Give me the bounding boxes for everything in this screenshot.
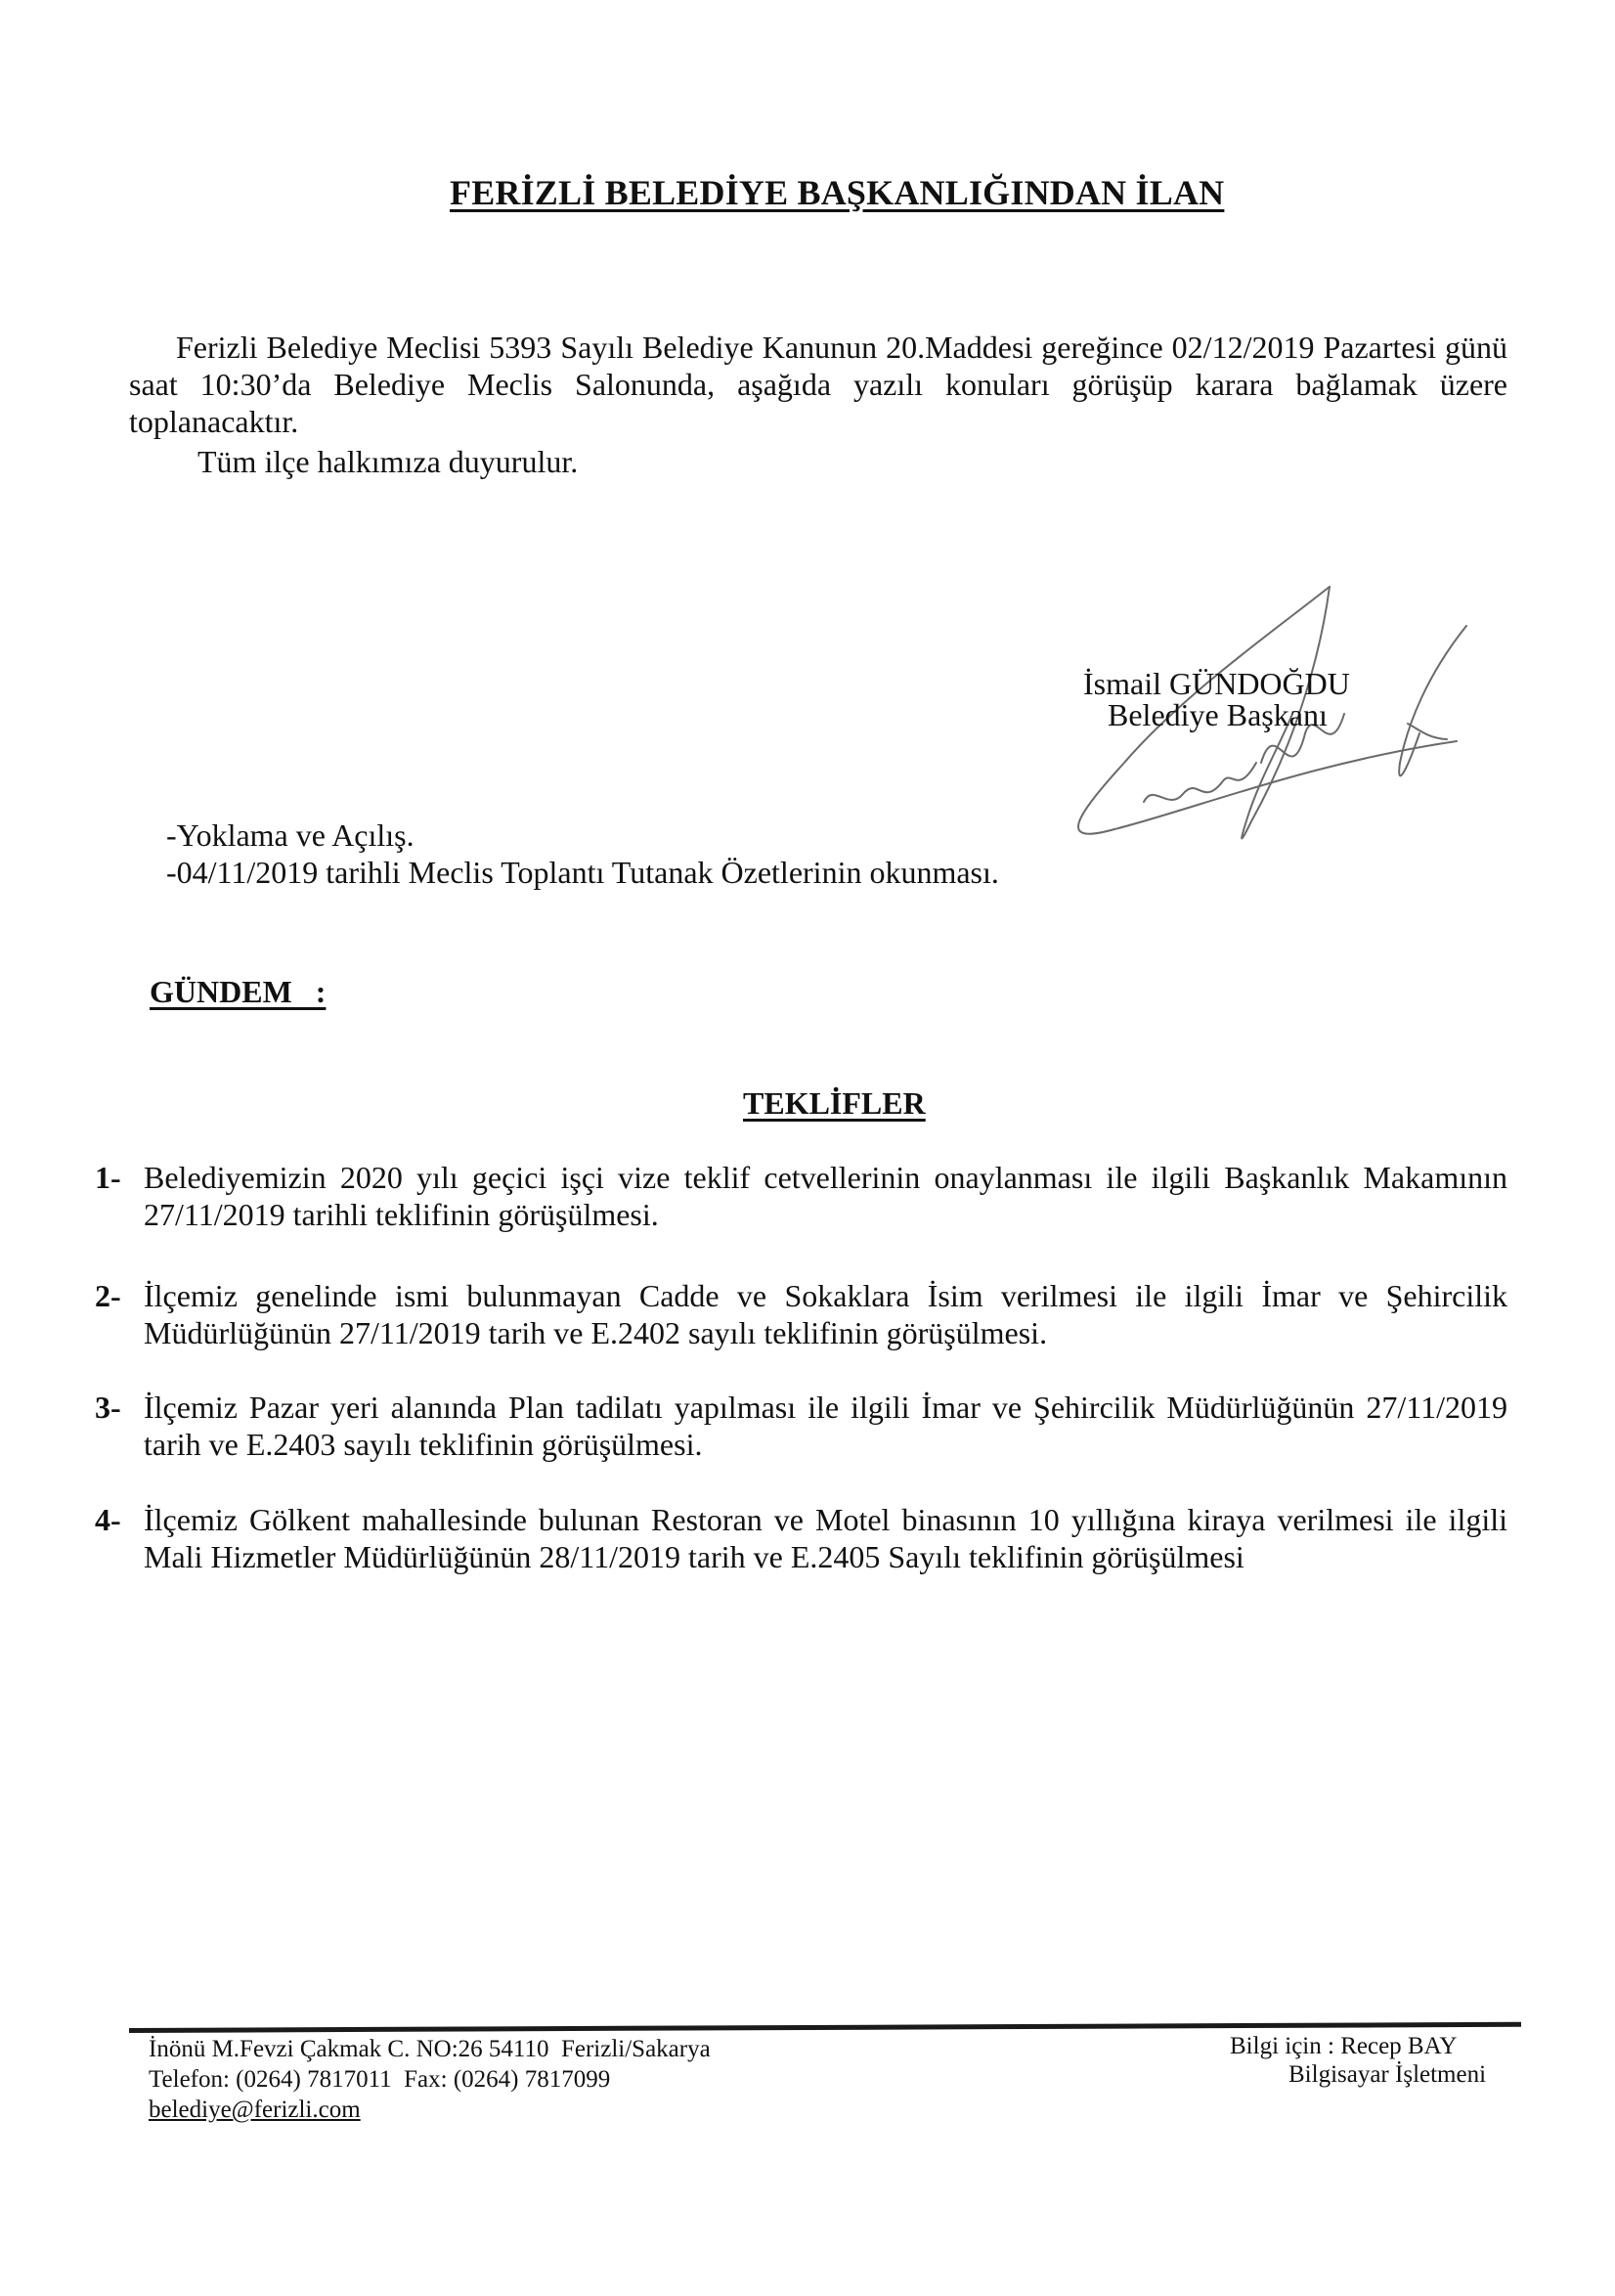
agenda-heading: GÜNDEM : [150, 974, 326, 1010]
signatory-role: Belediye Başkanı [1108, 697, 1328, 733]
proposal-number: 2- [95, 1277, 121, 1314]
intro-paragraph: Ferizli Belediye Meclisi 5393 Sayılı Bel… [129, 329, 1507, 440]
announcement-line: Tüm ilçe halkımıza duyurulur. [197, 444, 578, 480]
proposal-item: 2- İlçemiz genelinde ismi bulunmayan Cad… [95, 1277, 1507, 1351]
intro-paragraph-text: Ferizli Belediye Meclisi 5393 Sayılı Bel… [129, 330, 1507, 439]
proposal-item: 4- İlçemiz Gölkent mahallesinde bulunan … [95, 1501, 1507, 1575]
proposal-text: İlçemiz Pazar yeri alanında Plan tadilat… [144, 1389, 1507, 1463]
proposal-item: 1- Belediyemizin 2020 yılı geçici işçi v… [95, 1159, 1507, 1233]
proposal-number: 4- [95, 1501, 121, 1538]
proposal-text: İlçemiz genelinde ismi bulunmayan Cadde … [144, 1277, 1507, 1351]
preliminary-item: -Yoklama ve Açılış. [166, 817, 415, 854]
proposals-heading: TEKLİFLER [743, 1085, 926, 1122]
footer-email-link[interactable]: belediye@ferizli.com [149, 2097, 361, 2123]
footer-contact-label: Bilgi için : Recep BAY [1230, 2032, 1486, 2060]
footer-contact-role: Bilgisayar İşletmeni [1230, 2060, 1486, 2089]
footer-info-block: Bilgi için : Recep BAY Bilgisayar İşletm… [1230, 2032, 1486, 2089]
proposal-item: 3- İlçemiz Pazar yeri alanında Plan tadi… [95, 1389, 1507, 1463]
proposal-text: Belediyemizin 2020 yılı geçici işçi vize… [144, 1159, 1507, 1233]
document-title: FERİZLİ BELEDİYE BAŞKANLIĞINDAN İLAN [450, 172, 1163, 213]
proposal-number: 3- [95, 1389, 121, 1426]
footer-contact-block: İnönü M.Fevzi Çakmak C. NO:26 54110 Feri… [149, 2034, 711, 2125]
footer-phone-fax: Telefon: (0264) 7817011 Fax: (0264) 7817… [149, 2064, 711, 2095]
preliminary-item: -04/11/2019 tarihli Meclis Toplantı Tuta… [166, 855, 999, 891]
proposal-text: İlçemiz Gölkent mahallesinde bulunan Res… [144, 1501, 1507, 1575]
footer-address: İnönü M.Fevzi Çakmak C. NO:26 54110 Feri… [149, 2034, 711, 2064]
proposal-number: 1- [95, 1159, 121, 1196]
